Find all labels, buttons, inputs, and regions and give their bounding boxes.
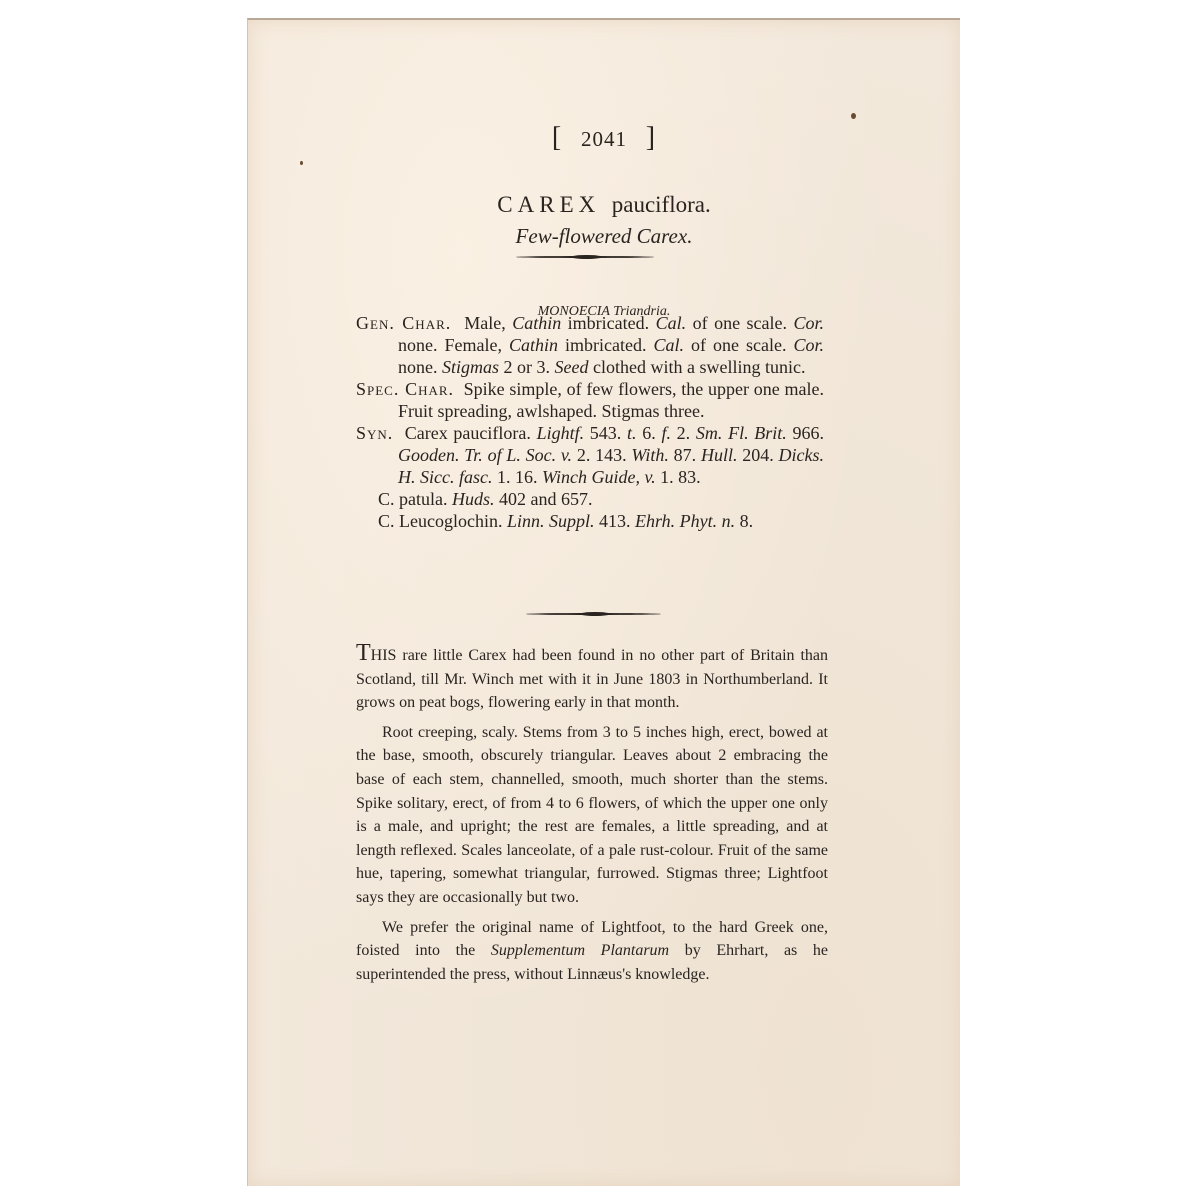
small-caps-lead: HIS: [371, 647, 397, 664]
decorative-rule-bottom: [526, 613, 661, 615]
gen-char-text: Male, Cathin imbricated. Cal. of one sca…: [398, 313, 824, 377]
description-text: THIS rare little Carex had been found in…: [356, 642, 828, 986]
citation-text: of one scale.: [686, 313, 793, 333]
citation-italic: f.: [661, 423, 671, 443]
citation-italic: Ehrh. Phyt. n.: [635, 511, 735, 531]
citation-text: clothed with a swelling tunic.: [589, 357, 806, 377]
decorative-rule-top: [516, 256, 654, 258]
species-title: CAREX pauciflora.: [248, 192, 960, 218]
citation-italic: Cor.: [793, 335, 824, 355]
syn-label: Syn.: [356, 423, 393, 443]
citation-text: none.: [398, 357, 442, 377]
synonym-leucoglochin: C. Leucoglochin. Linn. Suppl. 413. Ehrh.…: [356, 510, 824, 532]
citation-text: 1. 16.: [492, 467, 542, 487]
citation-text: 2.: [671, 423, 696, 443]
spec-char-label: Spec. Char.: [356, 379, 454, 399]
citation-text: C. patula.: [378, 489, 452, 509]
gen-char-label: Gen. Char.: [356, 313, 451, 333]
synonyms: Syn. Carex pauciflora. Lightf. 543. t. 6…: [356, 422, 824, 488]
citation-italic: Winch Guide, v.: [542, 467, 656, 487]
characters-block: Gen. Char. Male, Cathin imbricated. Cal.…: [356, 312, 824, 532]
citation-text: C. Leucoglochin.: [378, 511, 507, 531]
drop-cap: T: [356, 640, 371, 666]
genus-name: CAREX: [497, 192, 600, 217]
citation-italic: With.: [631, 445, 669, 465]
citation-text: 87.: [669, 445, 701, 465]
page-number: [ 2041 ]: [248, 122, 960, 154]
specific-character: Spec. Char. Spike simple, of few flowers…: [356, 378, 824, 422]
paragraph-2: Root creeping, scaly. Stems from 3 to 5 …: [356, 721, 828, 910]
citation-italic: t.: [627, 423, 637, 443]
citation-text: imbricated.: [561, 313, 655, 333]
bracket-open: [: [552, 122, 562, 153]
foxing-spot: [300, 161, 303, 165]
citation-text: none. Female,: [398, 335, 509, 355]
citation-text: 402 and 657.: [495, 489, 593, 509]
citation-italic: Cor.: [794, 313, 825, 333]
citation-italic: Hull.: [701, 445, 738, 465]
bracket-close: ]: [646, 122, 656, 153]
paragraph-3: We prefer the original name of Lightfoot…: [356, 916, 828, 987]
citation-text: 8.: [735, 511, 753, 531]
citation-text: 966.: [787, 423, 824, 443]
generic-character: Gen. Char. Male, Cathin imbricated. Cal.…: [356, 312, 824, 378]
page-number-value: 2041: [581, 127, 627, 151]
citation-text: imbricated.: [558, 335, 653, 355]
common-name: Few-flowered Carex.: [248, 224, 960, 249]
foxing-spot: [851, 113, 856, 119]
species-name: pauciflora.: [612, 192, 711, 217]
synonym-patula: C. patula. Huds. 402 and 657.: [356, 488, 824, 510]
citation-text: Male,: [464, 313, 512, 333]
citation-text: 1. 83.: [656, 467, 701, 487]
citation-italic: Seed: [555, 357, 589, 377]
citation-italic: Cathin: [512, 313, 561, 333]
citation-italic: Linn. Suppl.: [507, 511, 595, 531]
book-page: [ 2041 ] CAREX pauciflora. Few-flowered …: [247, 18, 960, 1186]
spec-char-text: Spike simple, of few flowers, the upper …: [398, 379, 824, 421]
citation-italic: Gooden. Tr. of L. Soc. v.: [398, 445, 572, 465]
citation-text: 6.: [637, 423, 662, 443]
citation-text: 204.: [737, 445, 778, 465]
citation-text: 413.: [595, 511, 636, 531]
citation-text: 543.: [584, 423, 627, 443]
paragraph-1-text: rare little Carex had been found in no o…: [356, 647, 828, 711]
syn-text: Carex pauciflora. Lightf. 543. t. 6. f. …: [398, 423, 824, 487]
citation-italic: Cal.: [653, 335, 684, 355]
citation-italic: Cal.: [656, 313, 687, 333]
citation-italic: Lightf.: [537, 423, 585, 443]
citation-italic: Huds.: [452, 489, 495, 509]
citation-italic: Stigmas: [442, 357, 499, 377]
paragraph-1: THIS rare little Carex had been found in…: [356, 642, 828, 715]
citation-italic: Cathin: [509, 335, 558, 355]
citation-text: 2 or 3.: [499, 357, 555, 377]
citation-text: 2. 143.: [572, 445, 631, 465]
work-title: Supplementum Plantarum: [491, 942, 669, 959]
citation-text: of one scale.: [684, 335, 793, 355]
citation-italic: Sm. Fl. Brit.: [696, 423, 787, 443]
citation-text: Carex pauciflora.: [405, 423, 537, 443]
